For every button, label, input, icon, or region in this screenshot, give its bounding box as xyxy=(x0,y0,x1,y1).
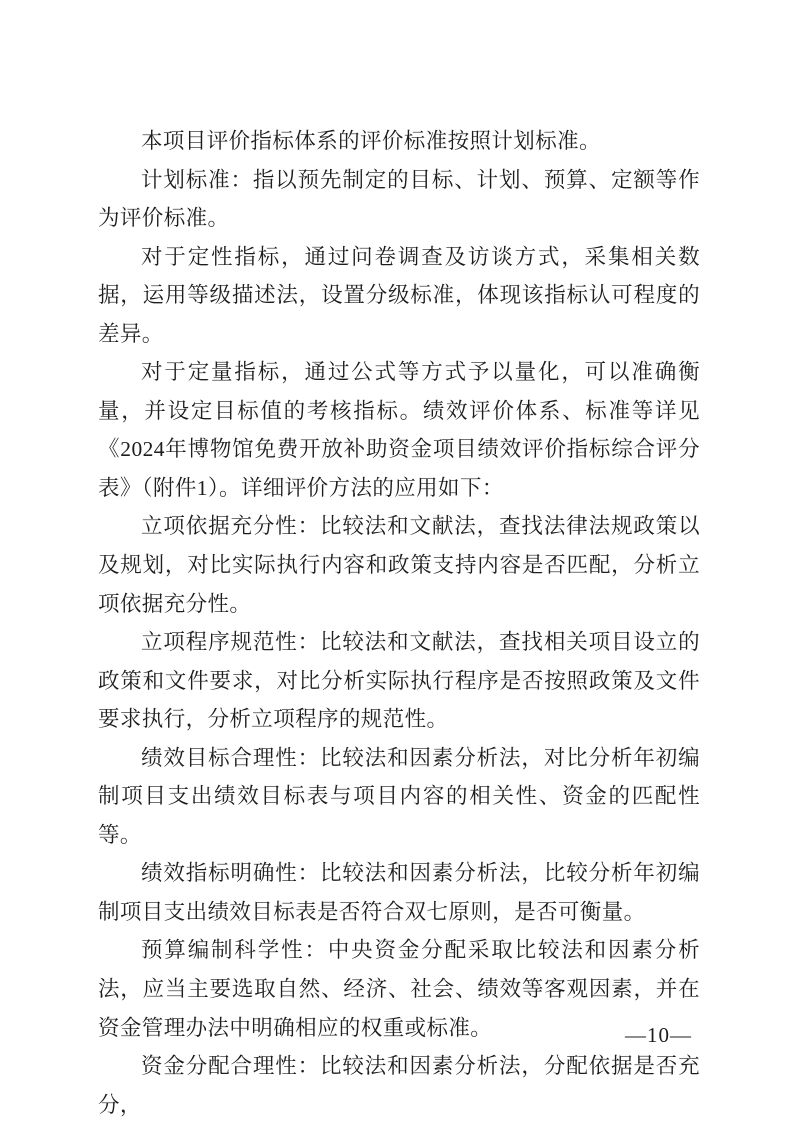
paragraph: 资金分配合理性：比较法和因素分析法，分配依据是否充分， xyxy=(98,1047,700,1122)
paragraph: 本项目评价指标体系的评价标准按照计划标准。 xyxy=(98,122,700,161)
paragraph: 预算编制科学性：中央资金分配采取比较法和因素分析法，应当主要选取自然、经济、社会… xyxy=(98,931,700,1047)
paragraph: 对于定性指标，通过问卷调查及访谈方式，采集相关数据，运用等级描述法，设置分级标准… xyxy=(98,238,700,354)
document-page: 本项目评价指标体系的评价标准按照计划标准。计划标准：指以预先制定的目标、计划、预… xyxy=(0,0,793,1122)
paragraph: 计划标准：指以预先制定的目标、计划、预算、定额等作为评价标准。 xyxy=(98,161,700,238)
document-body: 本项目评价指标体系的评价标准按照计划标准。计划标准：指以预先制定的目标、计划、预… xyxy=(98,122,700,1122)
paragraph: 绩效目标合理性：比较法和因素分析法，对比分析年初编制项目支出绩效目标表与项目内容… xyxy=(98,739,700,855)
paragraph: 立项依据充分性：比较法和文献法，查找法律法规政策以及规划，对比实际执行内容和政策… xyxy=(98,507,700,623)
paragraph: 对于定量指标，通过公式等方式予以量化，可以准确衡量，并设定目标值的考核指标。绩效… xyxy=(98,353,700,507)
paragraph: 绩效指标明确性：比较法和因素分析法，比较分析年初编制项目支出绩效目标表是否符合双… xyxy=(98,854,700,931)
paragraph: 立项程序规范性：比较法和文献法，查找相关项目设立的政策和文件要求，对比分析实际执… xyxy=(98,623,700,739)
page-number: —10— xyxy=(625,1023,692,1047)
page-footer: —10— xyxy=(625,1023,692,1047)
